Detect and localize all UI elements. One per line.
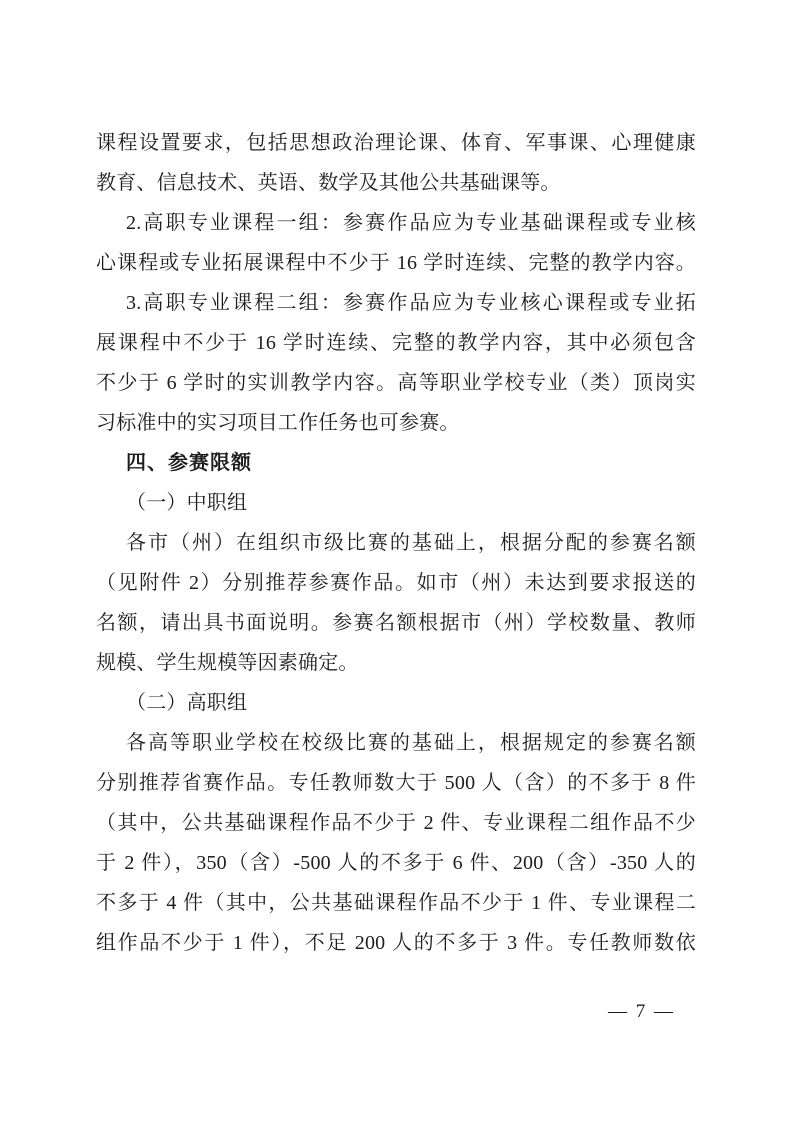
text-line: 3.高职专业课程二组：参赛作品应为专业核心课程或专业拓 [96,283,696,323]
text-line: 分别推荐省赛作品。专任教师数大于 500 人（含）的不多于 8 件 [96,763,696,803]
text-line: （一）中职组 [96,483,696,523]
text-line: 习标准中的实习项目工作任务也可参赛。 [96,403,696,443]
text-line: 2.高职专业课程一组：参赛作品应为专业基础课程或专业核 [96,203,696,243]
text-line: 四、参赛限额 [96,443,696,483]
text-line: 各高等职业学校在校级比赛的基础上，根据规定的参赛名额 [96,723,696,763]
text-line: （其中，公共基础课程作品不少于 2 件、专业课程二组作品不少 [96,803,696,843]
text-line: 不多于 4 件（其中，公共基础课程作品不少于 1 件、专业课程二 [96,883,696,923]
document-page: 课程设置要求，包括思想政治理论课、体育、军事课、心理健康教育、信息技术、英语、数… [0,0,793,1122]
text-line: 不少于 6 学时的实训教学内容。高等职业学校专业（类）顶岗实 [96,363,696,403]
text-line: 于 2 件），350（含）-500 人的不多于 6 件、200（含）-350 人… [96,843,696,883]
document-body: 课程设置要求，包括思想政治理论课、体育、军事课、心理健康教育、信息技术、英语、数… [96,123,696,963]
text-line: （二）高职组 [96,683,696,723]
text-line: 课程设置要求，包括思想政治理论课、体育、军事课、心理健康 [96,123,696,163]
text-line: 规模、学生规模等因素确定。 [96,643,696,683]
text-line: 展课程中不少于 16 学时连续、完整的教学内容，其中必须包含 [96,323,696,363]
text-line: 组作品不少于 1 件），不足 200 人的不多于 3 件。专任教师数依 [96,923,696,963]
text-line: 教育、信息技术、英语、数学及其他公共基础课等。 [96,163,696,203]
text-line: 各市（州）在组织市级比赛的基础上，根据分配的参赛名额 [96,523,696,563]
page-number: — 7 — [608,1000,675,1024]
text-line: 名额，请出具书面说明。参赛名额根据市（州）学校数量、教师 [96,603,696,643]
text-line: 心课程或专业拓展课程中不少于 16 学时连续、完整的教学内容。 [96,243,696,283]
text-line: （见附件 2）分别推荐参赛作品。如市（州）未达到要求报送的 [96,563,696,603]
